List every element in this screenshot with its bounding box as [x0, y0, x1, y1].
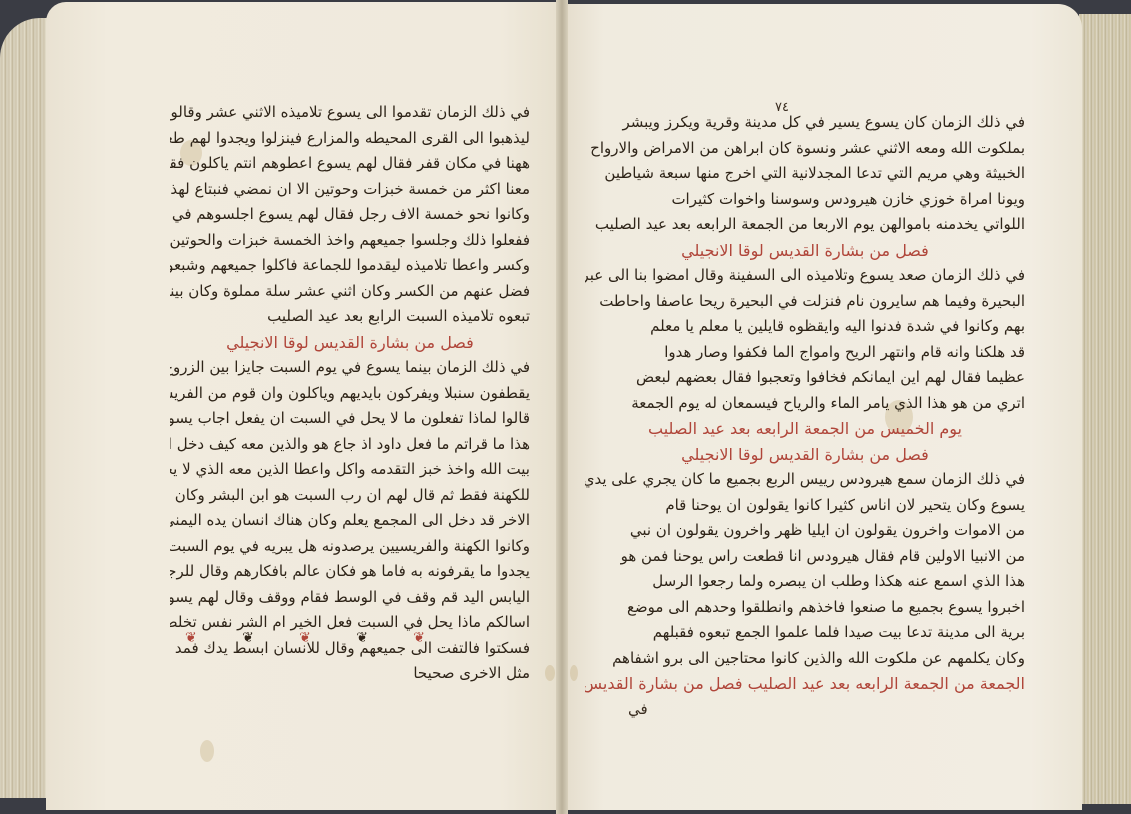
text-line: في ذلك الزمان صعد يسوع وتلاميذه الى السف… — [585, 263, 1025, 289]
text-line: في ذلك الزمان سمع هيرودس رييس الربع بجمي… — [585, 467, 1025, 493]
paper-stain — [200, 740, 214, 762]
text-line: وكانوا نحو خمسة الاف رجل فقال لهم يسوع ا… — [170, 202, 530, 228]
text-line: في ذلك الزمان تقدموا الى يسوع تلاميذه ال… — [170, 100, 530, 126]
text-line: وكان يكلمهم عن ملكوت الله والذين كانوا م… — [585, 646, 1025, 672]
flower-ornament-icon: ❦ — [299, 630, 311, 646]
text-line: البحيرة وفيما هم سايرون نام فنزلت في الب… — [585, 289, 1025, 315]
text-line: يجدوا ما يقرفونه به فاما هو فكان عالم با… — [170, 559, 530, 585]
text-line: برية الى مدينة تدعا بيت صيدا فلما علموا … — [585, 620, 1025, 646]
text-line: اليابس اليد قم وقف في الوسط فقام ووقف وق… — [170, 585, 530, 611]
text-line: ففعلوا ذلك وجلسوا جميعهم واخذ الخمسة خبز… — [170, 228, 530, 254]
book-gutter — [556, 0, 568, 814]
text-line: معنا اكثر من خمسة خبزات وحوتين الا ان نم… — [170, 177, 530, 203]
text-line: تبعوه تلاميذه السبت الرابع بعد عيد الصلي… — [170, 304, 530, 330]
text-line: فضل عنهم من الكسر وكان اثني عشر سلة مملو… — [170, 279, 530, 305]
rubric-heading: فصل من بشارة القديس لوقا الانجيلي — [585, 238, 1025, 264]
rubric-heading: الجمعة من الجمعة الرابعه بعد عيد الصليب … — [585, 671, 1025, 697]
left-page-text: في ذلك الزمان تقدموا الى يسوع تلاميذه ال… — [170, 100, 530, 687]
text-line: في ذلك الزمان بينما يسوع في يوم السبت جا… — [170, 355, 530, 381]
flower-ornament-icon: ❦ — [242, 630, 254, 646]
text-line: اتري من هو هذا الذي يامر الماء والرياح ف… — [585, 391, 1025, 417]
text-line: مثل الاخرى صحيحا — [170, 661, 530, 687]
text-line: من الانبيا الاولين قام فقال هيرودس انا ق… — [585, 544, 1025, 570]
text-line: بيت الله واخذ خبز التقدمه واكل واعطا الذ… — [170, 457, 530, 483]
text-line: وكانوا الكهنة والفريسيين يرصدونه هل يبري… — [170, 534, 530, 560]
text-line: يسوع وكان يتحير لان اناس كثيرا كانوا يقو… — [585, 493, 1025, 519]
open-manuscript: ٧٤ في ذلك الزمان تقدموا الى يسوع تلاميذه… — [0, 0, 1131, 814]
text-line: الاخر قد دخل الى المجمع يعلم وكان هناك ا… — [170, 508, 530, 534]
text-line: ليذهبوا الى القرى المحيطه والمزارع فينزل… — [170, 126, 530, 152]
text-line: اخبروا يسوع بجميع ما صنعوا فاخذهم وانطلق… — [585, 595, 1025, 621]
text-line: بملكوت الله ومعه الاثني عشر ونسوة كان اب… — [585, 136, 1025, 162]
rubric-heading: فصل من بشارة القديس لوقا الانجيلي — [585, 442, 1025, 468]
text-line: وكسر واعطا تلاميذه ليقدموا للجماعة فاكلو… — [170, 253, 530, 279]
text-line: الخبيثة وهي مريم التي تدعا المجدلانية ال… — [585, 161, 1025, 187]
rubric-heading: فصل من بشارة القديس لوقا الانجيلي — [170, 330, 530, 356]
ornament-row: ❦ ❦ ❦ ❦ ❦ — [185, 630, 425, 646]
text-line: من الاموات واخرون يقولون ان ايليا ظهر وا… — [585, 518, 1025, 544]
text-line: للكهنة فقط ثم قال لهم ان رب السبت هو ابن… — [170, 483, 530, 509]
text-line: هذا ما قراتم ما فعل داود اذ جاع هو والذي… — [170, 432, 530, 458]
text-line: في ذلك الزمان كان يسوع يسير في كل مدينة … — [585, 110, 1025, 136]
text-line: قالوا لماذا تفعلون ما لا يحل في السبت ان… — [170, 406, 530, 432]
text-line: قد هلكنا وانه قام وانتهر الريح وامواج ال… — [585, 340, 1025, 366]
flower-ornament-icon: ❦ — [413, 630, 425, 646]
flower-ornament-icon: ❦ — [185, 630, 197, 646]
right-page-edges — [1079, 14, 1131, 804]
catchword: في — [628, 700, 648, 718]
paper-stain — [545, 665, 555, 681]
text-line: ههنا في مكان قفر فقال لهم يسوع اعطوهم ان… — [170, 151, 530, 177]
flower-ornament-icon: ❦ — [356, 630, 368, 646]
rubric-heading: يوم الخميس من الجمعة الرابعه بعد عيد الص… — [585, 416, 1025, 442]
right-page-text: في ذلك الزمان كان يسوع يسير في كل مدينة … — [585, 110, 1025, 697]
text-line: يقطفون سنبلا ويفركون بايديهم وياكلون وان… — [170, 381, 530, 407]
text-line: ويونا امراة خوزي خازن هيرودس وسوسنا واخو… — [585, 187, 1025, 213]
text-line: عظيما فقال لهم اين ايمانكم فخافوا وتعجبو… — [585, 365, 1025, 391]
left-page-edges — [0, 18, 48, 798]
text-line: هذا الذي اسمع عنه هكذا وطلب ان يبصره ولم… — [585, 569, 1025, 595]
text-line: اللواتي يخدمنه باموالهن يوم الاربعا من ا… — [585, 212, 1025, 238]
text-line: بهم وكانوا في شدة فدنوا اليه وايقظوه قاي… — [585, 314, 1025, 340]
paper-stain — [570, 665, 578, 681]
